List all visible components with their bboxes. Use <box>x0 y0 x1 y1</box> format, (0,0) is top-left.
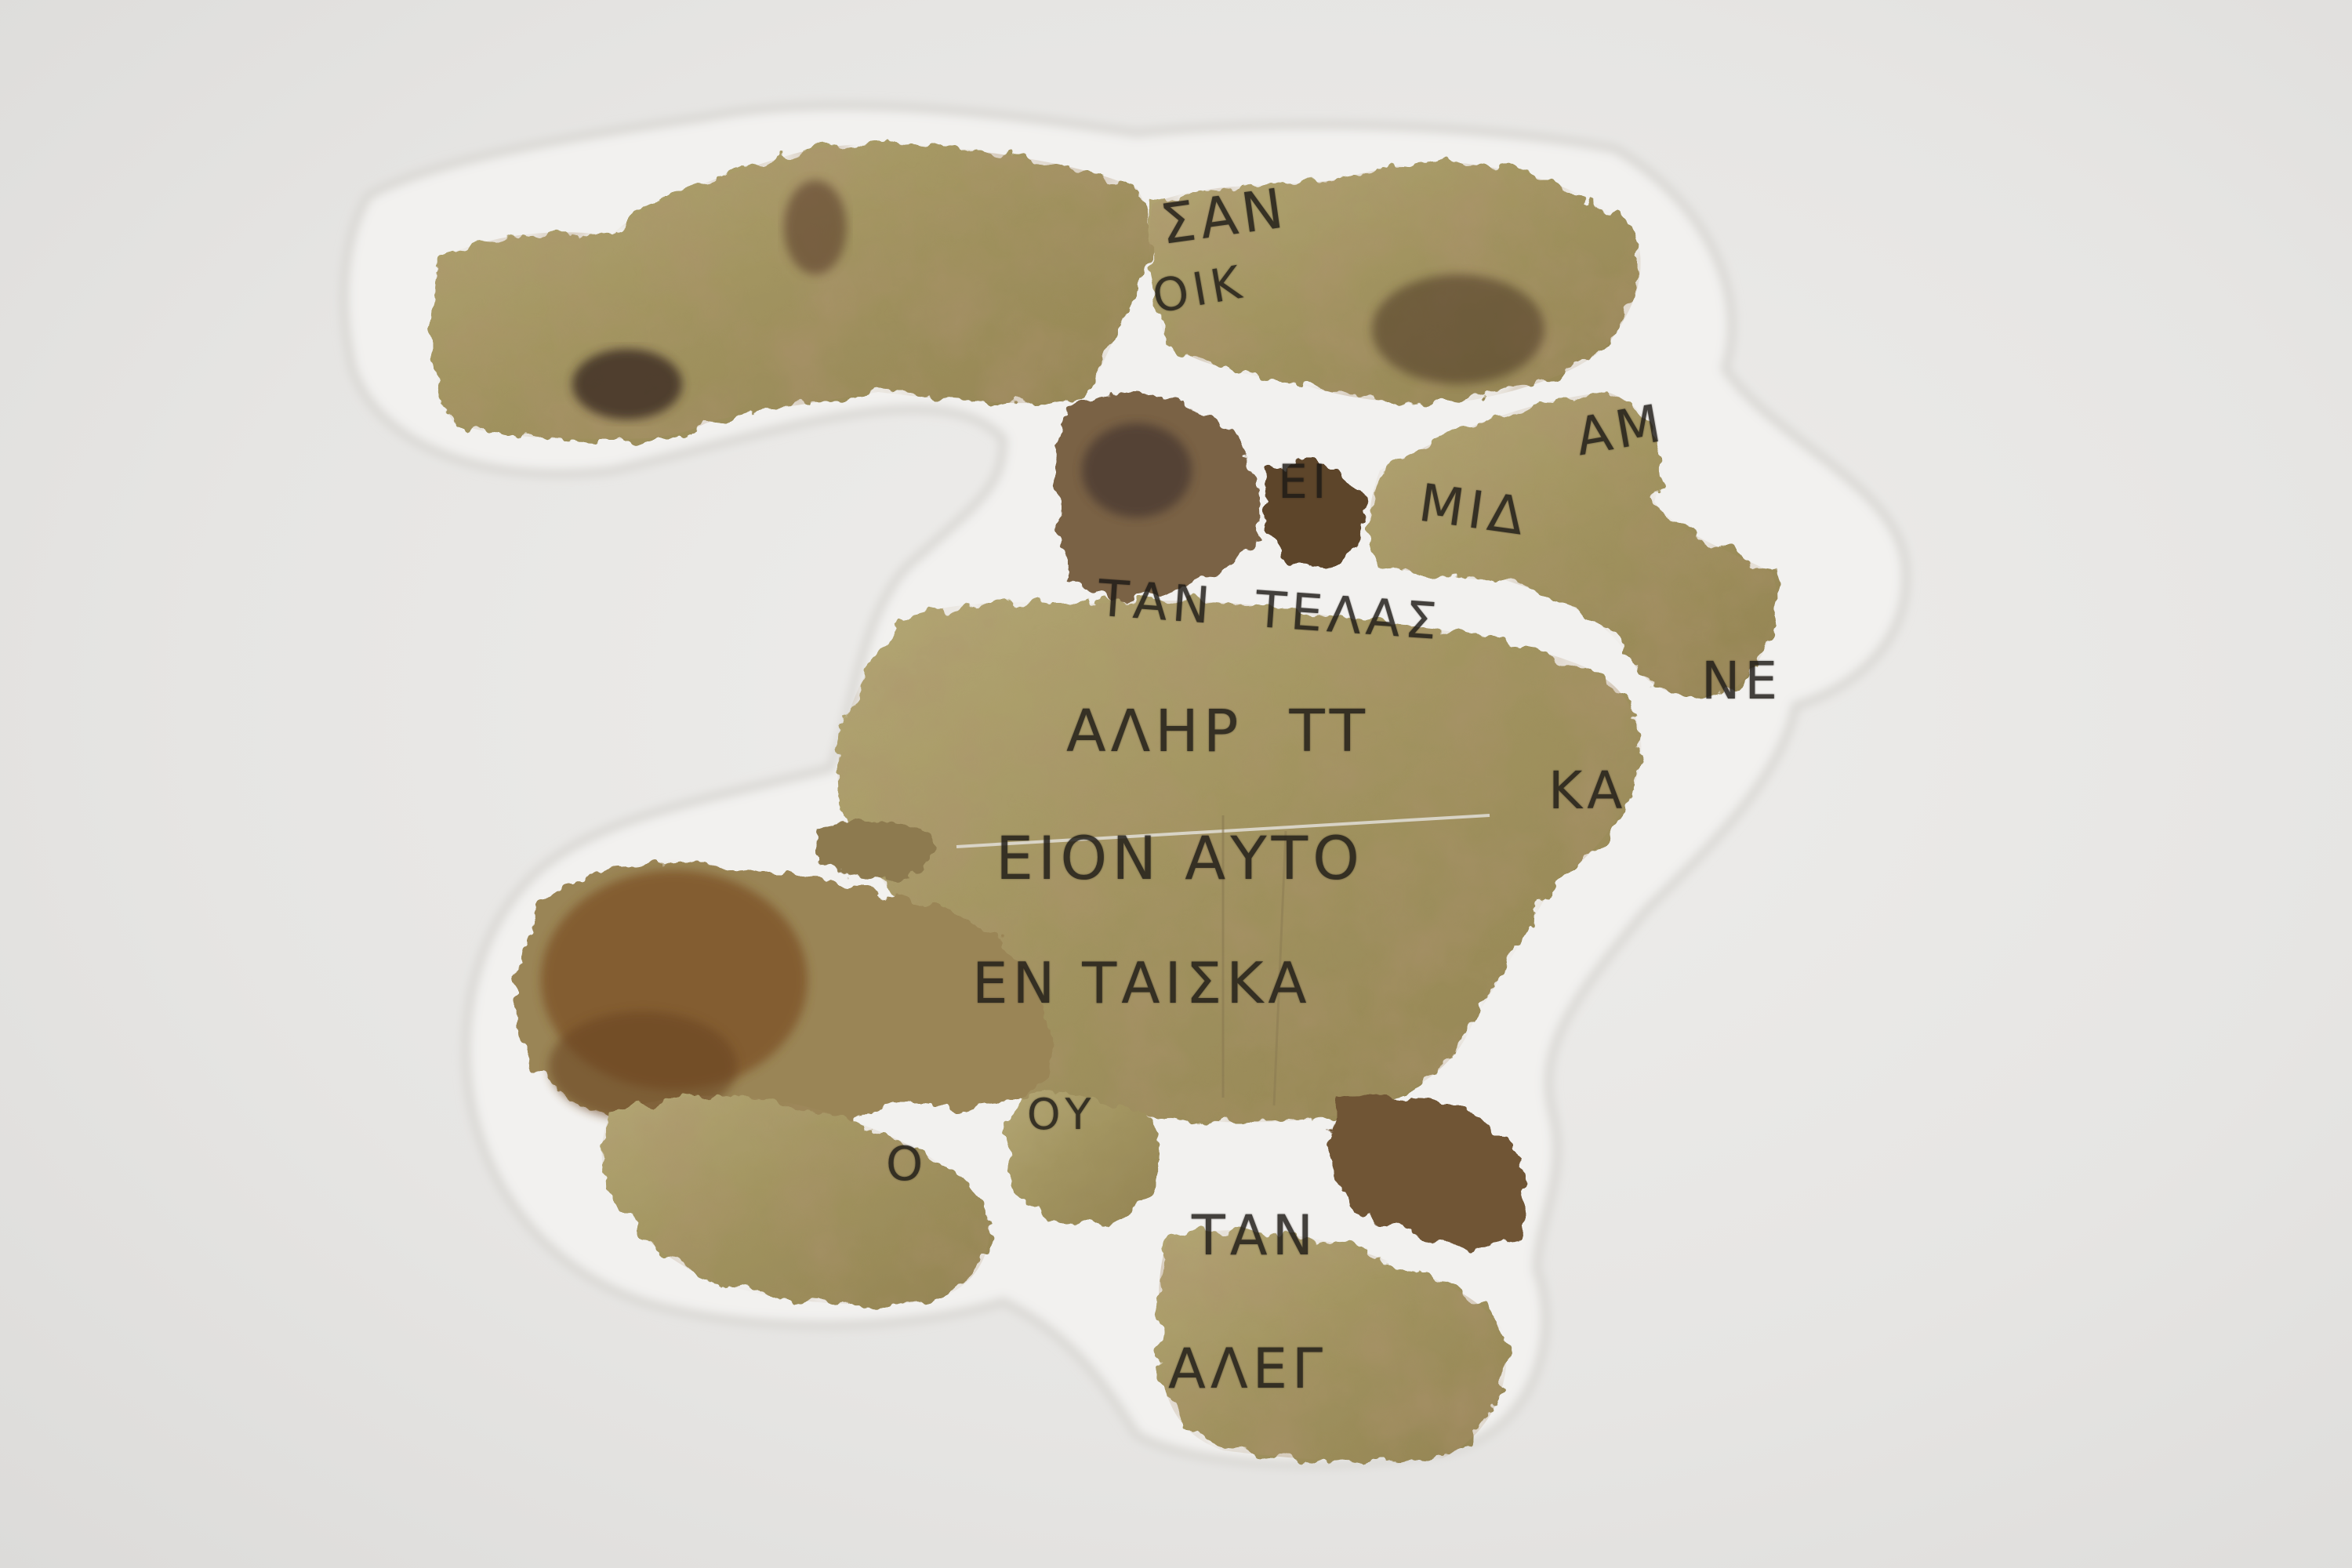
scroll-fragments <box>0 0 2352 1568</box>
photo-stage: ΣΑΝ ΟΙΚ ΑΜ ΕΙ ΜΙΔ ΤΑΝ ΤΕΛΑΣ ΝΕ ΑΛΗΡ ΤΤ Κ… <box>0 0 2352 1568</box>
fragment-top-right <box>1149 162 1641 403</box>
